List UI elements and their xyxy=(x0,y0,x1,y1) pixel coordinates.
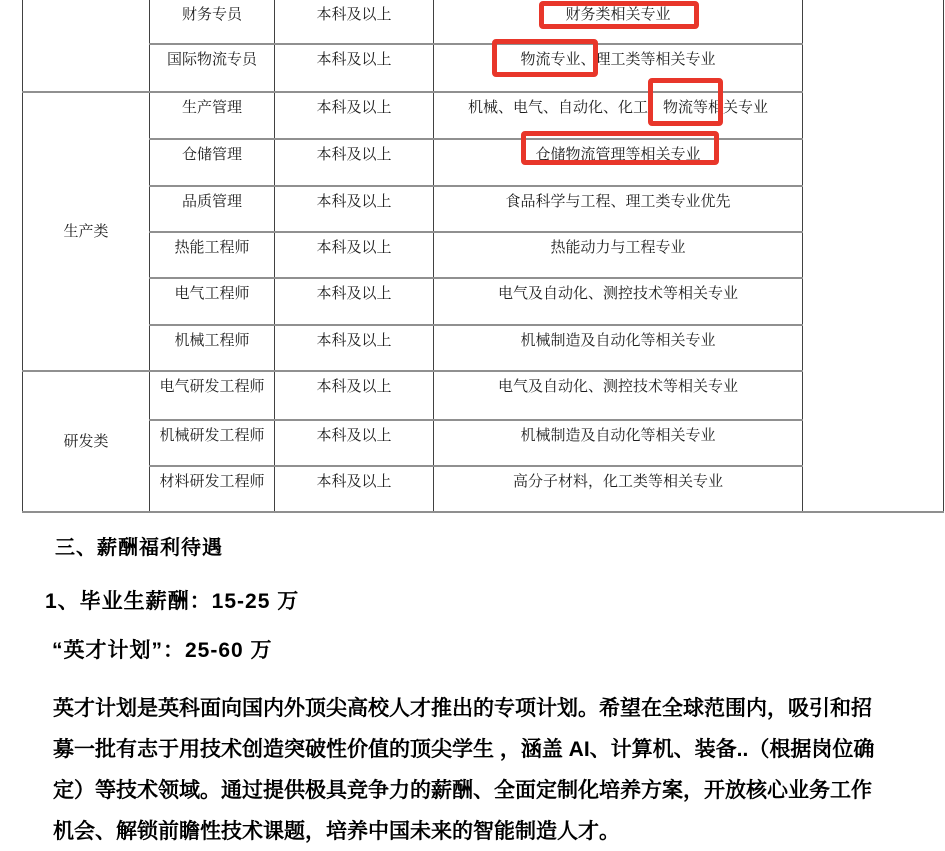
category-cell-production: 生产类 xyxy=(23,92,150,371)
major-cell: 食品科学与工程、理工类专业优先 xyxy=(434,186,803,232)
position-cell: 热能工程师 xyxy=(150,232,275,278)
highlight-box-logistics-major xyxy=(492,39,598,77)
document-page: 财务专员 本科及以上 财务类相关专业 国际物流专员 本科及以上 物流专业、理工类… xyxy=(0,0,945,851)
major-cell: 电气及自动化、测控技术等相关专业 xyxy=(434,278,803,325)
paragraph-line: 英才计划是英科面向国内外顶尖高校人才推出的专项计划。希望在全球范围内，吸引和招 xyxy=(53,688,883,729)
education-cell: 本科及以上 xyxy=(275,420,434,466)
highlight-box-finance-major xyxy=(539,1,699,29)
talent-plan-salary-line: “英才计划”：25-60 万 xyxy=(52,634,273,664)
paragraph-line: 募一批有志于用技术创造突破性价值的顶尖学生 ，涵盖 AI、计算机、装备..（根据… xyxy=(53,729,883,770)
position-cell: 机械工程师 xyxy=(150,325,275,371)
position-cell: 国际物流专员 xyxy=(150,44,275,92)
paragraph-line: 定）等技术领域。通过提供极具竞争力的薪酬、全面定制化培养方案，开放核心业务工作 xyxy=(53,770,883,811)
position-cell: 仓储管理 xyxy=(150,139,275,186)
table-row: 财务专员 本科及以上 财务类相关专业 xyxy=(23,0,944,44)
education-cell: 本科及以上 xyxy=(275,278,434,325)
education-cell: 本科及以上 xyxy=(275,466,434,512)
education-cell: 本科及以上 xyxy=(275,371,434,420)
major-cell: 物流专业、理工类等相关专业 xyxy=(434,44,803,92)
major-cell: 机械制造及自动化等相关专业 xyxy=(434,325,803,371)
position-cell: 机械研发工程师 xyxy=(150,420,275,466)
education-cell: 本科及以上 xyxy=(275,232,434,278)
salary-section-heading: 三、薪酬福利待遇 xyxy=(55,531,223,560)
notes-cell xyxy=(803,0,944,512)
position-cell: 生产管理 xyxy=(150,92,275,139)
talent-plan-paragraph: 英才计划是英科面向国内外顶尖高校人才推出的专项计划。希望在全球范围内，吸引和招 … xyxy=(53,688,883,851)
positions-table: 财务专员 本科及以上 财务类相关专业 国际物流专员 本科及以上 物流专业、理工类… xyxy=(22,0,944,513)
graduate-salary-line: 1、毕业生薪酬：15-25 万 xyxy=(45,585,299,615)
position-cell: 品质管理 xyxy=(150,186,275,232)
position-cell: 财务专员 xyxy=(150,0,275,44)
education-cell: 本科及以上 xyxy=(275,92,434,139)
major-cell: 高分子材料，化工类等相关专业 xyxy=(434,466,803,512)
major-cell: 机械制造及自动化等相关专业 xyxy=(434,420,803,466)
education-cell: 本科及以上 xyxy=(275,186,434,232)
education-cell: 本科及以上 xyxy=(275,325,434,371)
highlight-box-logistics-related xyxy=(648,78,723,126)
category-cell-top xyxy=(23,0,150,92)
major-cell: 电气及自动化、测控技术等相关专业 xyxy=(434,371,803,420)
highlight-box-warehouse-logistics xyxy=(521,131,719,165)
paragraph-line: 机会、解锁前瞻性技术课题，培养中国未来的智能制造人才。 xyxy=(53,811,883,851)
position-cell: 电气研发工程师 xyxy=(150,371,275,420)
major-cell: 热能动力与工程专业 xyxy=(434,232,803,278)
education-cell: 本科及以上 xyxy=(275,0,434,44)
education-cell: 本科及以上 xyxy=(275,139,434,186)
category-cell-rnd: 研发类 xyxy=(23,371,150,512)
position-cell: 电气工程师 xyxy=(150,278,275,325)
education-cell: 本科及以上 xyxy=(275,44,434,92)
position-cell: 材料研发工程师 xyxy=(150,466,275,512)
